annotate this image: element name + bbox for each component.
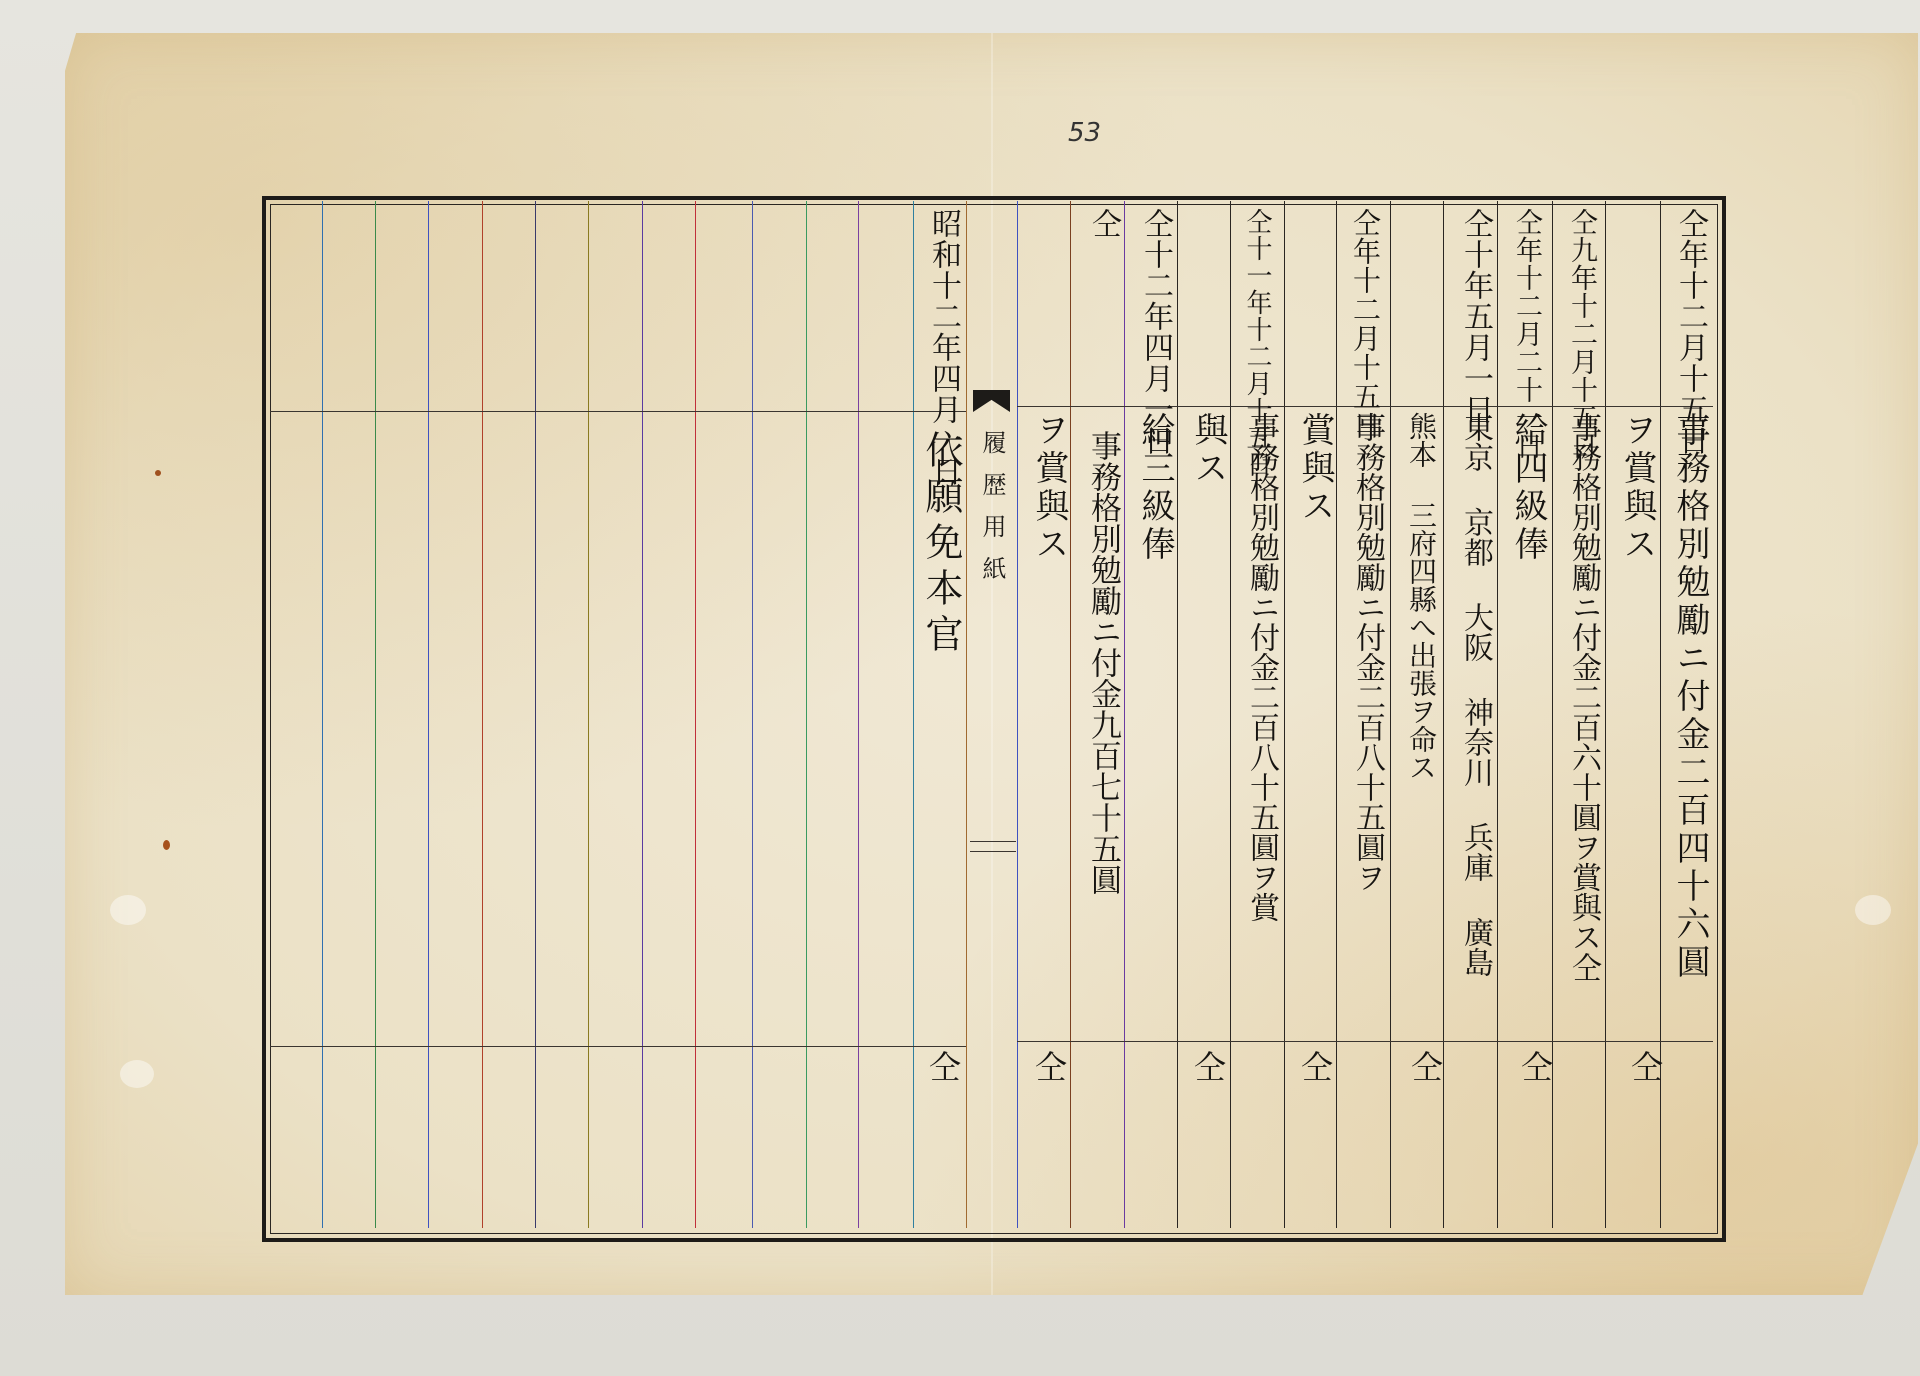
page-number: 53 xyxy=(1068,118,1101,148)
entry-date: 仝 xyxy=(1078,208,1128,239)
paper-crease xyxy=(110,895,146,925)
entry-text: 依願免本官 xyxy=(914,430,968,660)
entry-ditto: 仝 xyxy=(1290,1050,1340,1082)
entry-text-cont: ヲ賞與ス xyxy=(1024,412,1074,564)
entry-ditto: 仝 xyxy=(1620,1050,1670,1082)
rust-spot xyxy=(163,840,170,850)
gutter-double-line xyxy=(970,841,1016,842)
entry-text: 事務格別勉勵ニ付金二百四十六圓 xyxy=(1665,412,1715,982)
column-line xyxy=(695,201,696,1228)
column-line xyxy=(806,201,807,1228)
column-line xyxy=(322,201,323,1228)
entry-text: 事務格別勉勵ニ付金二百八十五圓ヲ賞 xyxy=(1236,412,1286,922)
column-line xyxy=(752,201,753,1228)
date-row-separator xyxy=(270,411,966,412)
entry-text: 給三級俸 xyxy=(1130,412,1180,564)
ditto-row-separator xyxy=(270,1046,966,1047)
gutter-double-line xyxy=(970,851,1016,852)
entry-ditto: 仝 xyxy=(1510,1050,1560,1082)
entry-date: 仝十年五月一日 xyxy=(1450,208,1500,425)
column-line xyxy=(428,201,429,1228)
column-line xyxy=(482,201,483,1228)
rust-spot xyxy=(155,470,161,476)
column-line xyxy=(535,201,536,1228)
entry-text-cont: 熊本 三府四縣へ出張ヲ命ス xyxy=(1396,412,1446,781)
entry-ditto: 仝 xyxy=(1183,1050,1233,1082)
column-line xyxy=(588,201,589,1228)
column-line xyxy=(1017,201,1018,1228)
entry-ditto: 仝 xyxy=(918,1050,968,1082)
entry-ditto: 仝 xyxy=(1024,1050,1074,1082)
entry-text: 事務格別勉勵ニ付金二百六十圓ヲ賞與ス仝 xyxy=(1558,412,1608,982)
paper-crease xyxy=(1855,895,1891,925)
form-frame-inner xyxy=(270,204,1718,1234)
paper-crease xyxy=(120,1060,154,1088)
entry-text: 給四級俸 xyxy=(1503,412,1553,564)
column-line xyxy=(913,201,914,1228)
entry-text-cont: 賞與ス xyxy=(1290,412,1340,526)
ditto-row-separator xyxy=(1017,1041,1713,1042)
entry-text-cont: ヲ賞與ス xyxy=(1612,412,1662,564)
column-line xyxy=(375,201,376,1228)
column-line xyxy=(858,201,859,1228)
entry-text-cont: 與ス xyxy=(1183,412,1233,488)
entry-text: 東京 京都 大阪 神奈川 兵庫 廣島 xyxy=(1450,412,1500,977)
entry-text: 事務格別勉勵ニ付金二百八十五圓ヲ xyxy=(1342,412,1392,892)
form-label: 履歴用紙 xyxy=(974,430,1010,598)
entry-ditto: 仝 xyxy=(1400,1050,1450,1082)
entry-text: 事務格別勉勵ニ付金九百七十五圓 xyxy=(1078,430,1128,895)
entry-date: 仝年十二月十五日 xyxy=(1342,208,1388,440)
column-line xyxy=(642,201,643,1228)
